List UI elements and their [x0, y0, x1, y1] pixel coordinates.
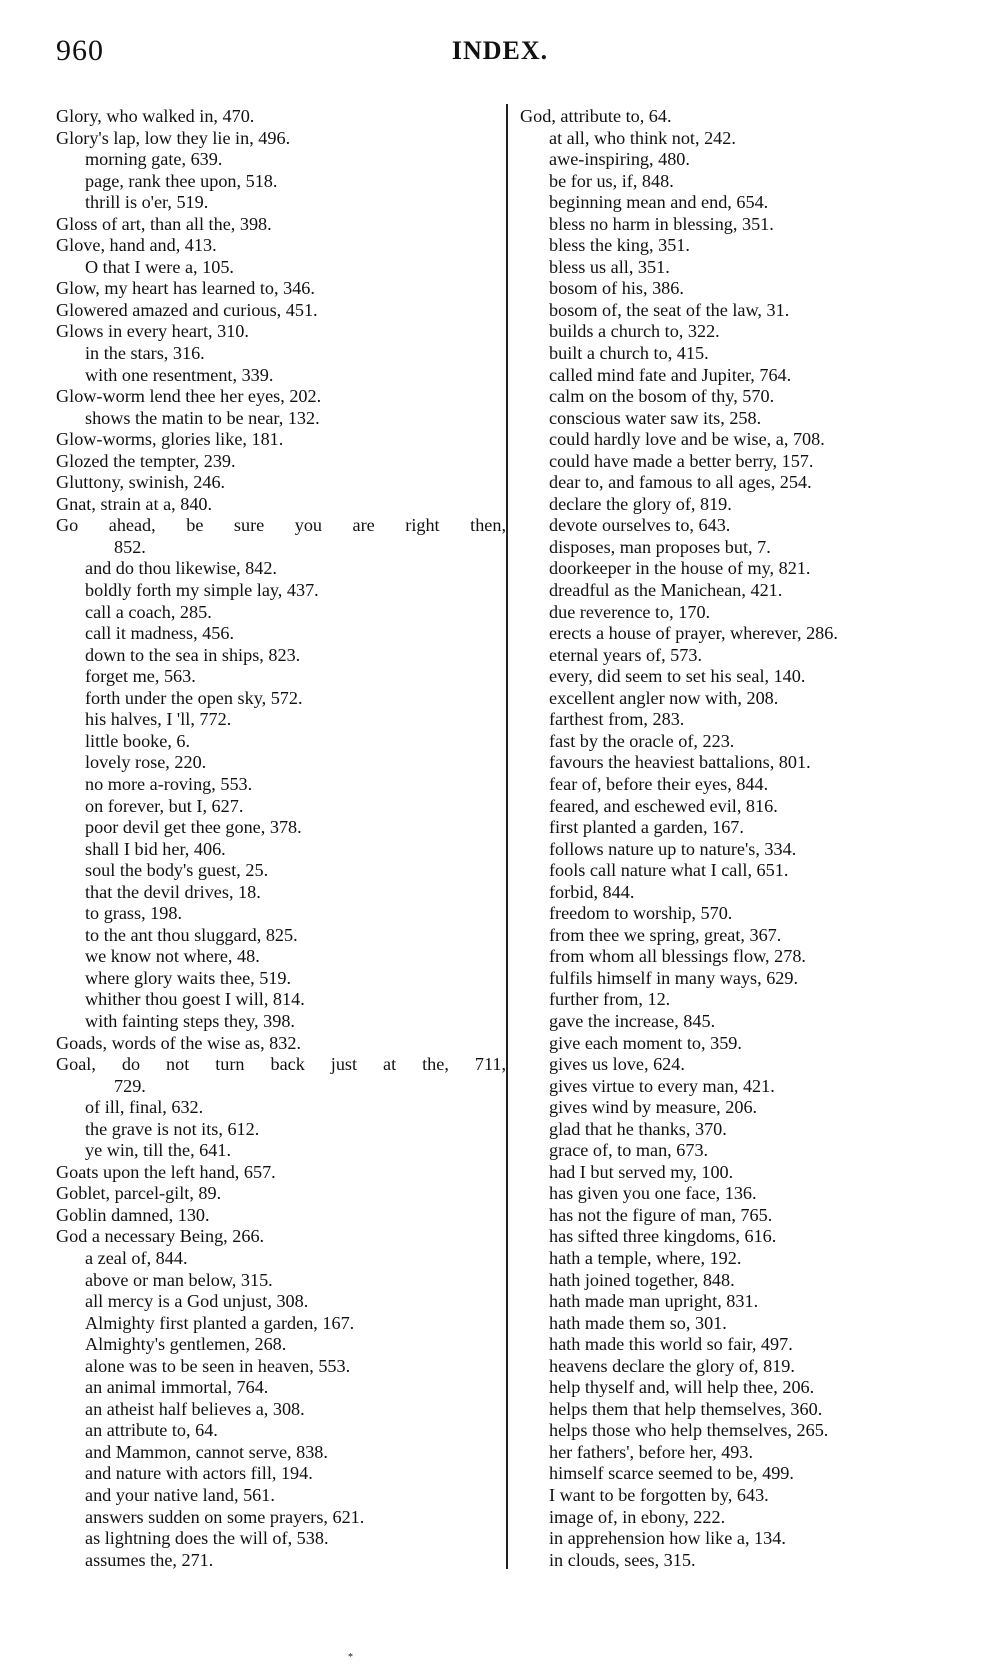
index-subentry: hath joined together, 848.	[520, 1270, 960, 1292]
index-subentry: had I but served my, 100.	[520, 1162, 960, 1184]
index-subentry: gives virtue to every man, 421.	[520, 1076, 960, 1098]
index-subentry: an animal immortal, 764.	[56, 1377, 506, 1399]
index-subentry: an atheist half believes a, 308.	[56, 1399, 506, 1421]
index-subentry: forth under the open sky, 572.	[56, 688, 506, 710]
index-subentry: morning gate, 639.	[56, 149, 506, 171]
index-subentry: built a church to, 415.	[520, 343, 960, 365]
index-subentry: O that I were a, 105.	[56, 257, 506, 279]
index-subentry: and do thou likewise, 842.	[56, 558, 506, 580]
index-subentry: dreadful as the Manichean, 421.	[520, 580, 960, 602]
index-subentry: erects a house of prayer, wherever, 286.	[520, 623, 960, 645]
index-subentry: hath a temple, where, 192.	[520, 1248, 960, 1270]
index-subentry: conscious water saw its, 258.	[520, 408, 960, 430]
index-subentry: heavens declare the glory of, 819.	[520, 1356, 960, 1378]
index-subentry: be for us, if, 848.	[520, 171, 960, 193]
index-subentry: thrill is o'er, 519.	[56, 192, 506, 214]
index-subentry: give each moment to, 359.	[520, 1033, 960, 1055]
index-subentry: a zeal of, 844.	[56, 1248, 506, 1270]
index-subentry: from whom all blessings flow, 278.	[520, 946, 960, 968]
index-subentry: down to the sea in ships, 823.	[56, 645, 506, 667]
index-entry: Goats upon the left hand, 657.	[56, 1162, 506, 1184]
index-subentry: shows the matin to be near, 132.	[56, 408, 506, 430]
index-entry: Gloss of art, than all the, 398.	[56, 214, 506, 236]
index-entry: Glory's lap, low they lie in, 496.	[56, 128, 506, 150]
index-entry: Glows in every heart, 310.	[56, 321, 506, 343]
index-subentry: at all, who think not, 242.	[520, 128, 960, 150]
index-entry: Glowered amazed and curious, 451.	[56, 300, 506, 322]
index-subentry: and nature with actors fill, 194.	[56, 1463, 506, 1485]
index-entry: Gluttony, swinish, 246.	[56, 472, 506, 494]
index-subentry: answers sudden on some prayers, 621.	[56, 1507, 506, 1529]
index-subentry: bless no harm in blessing, 351.	[520, 214, 960, 236]
index-subentry: fear of, before their eyes, 844.	[520, 774, 960, 796]
index-subentry: follows nature up to nature's, 334.	[520, 839, 960, 861]
index-entry: Glove, hand and, 413.	[56, 235, 506, 257]
index-subentry: freedom to worship, 570.	[520, 903, 960, 925]
index-entry: Goblin damned, 130.	[56, 1205, 506, 1227]
index-subentry: doorkeeper in the house of my, 821.	[520, 558, 960, 580]
index-subentry: eternal years of, 573.	[520, 645, 960, 667]
index-subentry: bosom of his, 386.	[520, 278, 960, 300]
index-subentry: gives us love, 624.	[520, 1054, 960, 1076]
index-subentry: further from, 12.	[520, 989, 960, 1011]
index-subentry: hath made them so, 301.	[520, 1313, 960, 1335]
index-subentry: devote ourselves to, 643.	[520, 515, 960, 537]
index-subentry: in the stars, 316.	[56, 343, 506, 365]
index-subentry: fast by the oracle of, 223.	[520, 731, 960, 753]
index-subentry: first planted a garden, 167.	[520, 817, 960, 839]
index-subentry: poor devil get thee gone, 378.	[56, 817, 506, 839]
index-subentry: dear to, and famous to all ages, 254.	[520, 472, 960, 494]
index-subentry: favours the heaviest battalions, 801.	[520, 752, 960, 774]
index-entry: Gnat, strain at a, 840.	[56, 494, 506, 516]
index-subentry: shall I bid her, 406.	[56, 839, 506, 861]
index-entry: Goal, do not turn back just at the, 711,	[56, 1054, 506, 1076]
footer-mark: *	[348, 1652, 353, 1663]
index-subentry: her fathers', before her, 493.	[520, 1442, 960, 1464]
index-subentry: to the ant thou sluggard, 825.	[56, 925, 506, 947]
index-subentry: ye win, till the, 641.	[56, 1140, 506, 1162]
index-subentry: gives wind by measure, 206.	[520, 1097, 960, 1119]
index-subentry: in clouds, sees, 315.	[520, 1550, 960, 1572]
index-subentry: alone was to be seen in heaven, 553.	[56, 1356, 506, 1378]
index-subentry: bless us all, 351.	[520, 257, 960, 279]
index-subentry: I want to be forgotten by, 643.	[520, 1485, 960, 1507]
index-subentry: helps them that help themselves, 360.	[520, 1399, 960, 1421]
index-subentry: farthest from, 283.	[520, 709, 960, 731]
index-subentry: forget me, 563.	[56, 666, 506, 688]
index-subentry: the grave is not its, 612.	[56, 1119, 506, 1141]
index-subentry: boldly forth my simple lay, 437.	[56, 580, 506, 602]
index-subentry: no more a-roving, 553.	[56, 774, 506, 796]
index-subentry: glad that he thanks, 370.	[520, 1119, 960, 1141]
index-entry: Glow, my heart has learned to, 346.	[56, 278, 506, 300]
index-entry-continuation: 852.	[56, 537, 506, 559]
index-subentry: assumes the, 271.	[56, 1550, 506, 1572]
index-subentry: bosom of, the seat of the law, 31.	[520, 300, 960, 322]
index-subentry: and your native land, 561.	[56, 1485, 506, 1507]
index-subentry: as lightning does the will of, 538.	[56, 1528, 506, 1550]
index-subentry: fools call nature what I call, 651.	[520, 860, 960, 882]
index-subentry: that the devil drives, 18.	[56, 882, 506, 904]
index-subentry: builds a church to, 322.	[520, 321, 960, 343]
index-subentry: could hardly love and be wise, a, 708.	[520, 429, 960, 451]
index-subentry: helps those who help themselves, 265.	[520, 1420, 960, 1442]
index-subentry: gave the increase, 845.	[520, 1011, 960, 1033]
index-subentry: whither thou goest I will, 814.	[56, 989, 506, 1011]
index-subentry: to grass, 198.	[56, 903, 506, 925]
index-subentry: forbid, 844.	[520, 882, 960, 904]
index-subentry: with one resentment, 339.	[56, 365, 506, 387]
index-subentry: help thyself and, will help thee, 206.	[520, 1377, 960, 1399]
index-subentry: from thee we spring, great, 367.	[520, 925, 960, 947]
index-subentry: little booke, 6.	[56, 731, 506, 753]
index-column-left: Glory, who walked in, 470.Glory's lap, l…	[56, 106, 506, 1571]
index-column-right: God, attribute to, 64.at all, who think …	[520, 106, 960, 1571]
index-entry: Glozed the tempter, 239.	[56, 451, 506, 473]
index-subentry: Almighty's gentlemen, 268.	[56, 1334, 506, 1356]
index-entry: Go ahead, be sure you are right then,	[56, 515, 506, 537]
index-subentry: call it madness, 456.	[56, 623, 506, 645]
running-head: INDEX.	[0, 36, 1000, 66]
index-subentry: and Mammon, cannot serve, 838.	[56, 1442, 506, 1464]
index-subentry: feared, and eschewed evil, 816.	[520, 796, 960, 818]
index-entry: Glory, who walked in, 470.	[56, 106, 506, 128]
index-subentry: all mercy is a God unjust, 308.	[56, 1291, 506, 1313]
index-entry: God a necessary Being, 266.	[56, 1226, 506, 1248]
index-subentry: awe-inspiring, 480.	[520, 149, 960, 171]
index-entry: Glow-worm lend thee her eyes, 202.	[56, 386, 506, 408]
index-subentry: page, rank thee upon, 518.	[56, 171, 506, 193]
index-subentry: calm on the bosom of thy, 570.	[520, 386, 960, 408]
index-subentry: could have made a better berry, 157.	[520, 451, 960, 473]
index-entry: God, attribute to, 64.	[520, 106, 960, 128]
index-subentry: excellent angler now with, 208.	[520, 688, 960, 710]
index-subentry: due reverence to, 170.	[520, 602, 960, 624]
index-subentry: of ill, final, 632.	[56, 1097, 506, 1119]
index-subentry: image of, in ebony, 222.	[520, 1507, 960, 1529]
index-subentry: has given you one face, 136.	[520, 1183, 960, 1205]
index-subentry: fulfils himself in many ways, 629.	[520, 968, 960, 990]
index-subentry: Almighty first planted a garden, 167.	[56, 1313, 506, 1335]
index-subentry: himself scarce seemed to be, 499.	[520, 1463, 960, 1485]
index-subentry: soul the body's guest, 25.	[56, 860, 506, 882]
index-subentry: has not the figure of man, 765.	[520, 1205, 960, 1227]
index-subentry: every, did seem to set his seal, 140.	[520, 666, 960, 688]
index-subentry: we know not where, 48.	[56, 946, 506, 968]
index-entry: Goads, words of the wise as, 832.	[56, 1033, 506, 1055]
index-subentry: disposes, man proposes but, 7.	[520, 537, 960, 559]
index-subentry: above or man below, 315.	[56, 1270, 506, 1292]
index-subentry: with fainting steps they, 398.	[56, 1011, 506, 1033]
index-subentry: in apprehension how like a, 134.	[520, 1528, 960, 1550]
index-entry-continuation: 729.	[56, 1076, 506, 1098]
index-subentry: called mind fate and Jupiter, 764.	[520, 365, 960, 387]
index-subentry: bless the king, 351.	[520, 235, 960, 257]
index-subentry: hath made man upright, 831.	[520, 1291, 960, 1313]
index-subentry: grace of, to man, 673.	[520, 1140, 960, 1162]
index-subentry: call a coach, 285.	[56, 602, 506, 624]
index-entry: Goblet, parcel-gilt, 89.	[56, 1183, 506, 1205]
index-subentry: an attribute to, 64.	[56, 1420, 506, 1442]
index-entry: Glow-worms, glories like, 181.	[56, 429, 506, 451]
index-subentry: beginning mean and end, 654.	[520, 192, 960, 214]
index-subentry: his halves, I 'll, 772.	[56, 709, 506, 731]
index-subentry: on forever, but I, 627.	[56, 796, 506, 818]
index-subentry: declare the glory of, 819.	[520, 494, 960, 516]
column-divider	[506, 104, 508, 1569]
index-subentry: has sifted three kingdoms, 616.	[520, 1226, 960, 1248]
index-subentry: hath made this world so fair, 497.	[520, 1334, 960, 1356]
index-subentry: where glory waits thee, 519.	[56, 968, 506, 990]
index-subentry: lovely rose, 220.	[56, 752, 506, 774]
